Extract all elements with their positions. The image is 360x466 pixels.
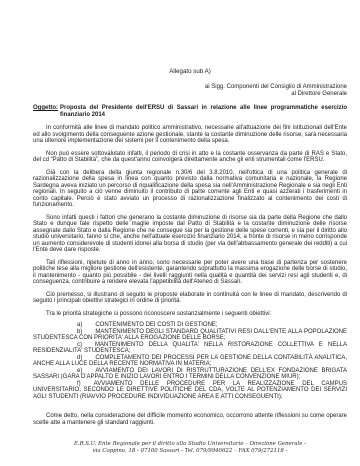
objective-item-d: d)COMPLETAMENTO DEI PROCESSI PER LA GEST… bbox=[33, 355, 347, 368]
recipient-line-director: al Direttore Generale bbox=[33, 91, 347, 98]
objectives-intro: Tra le priorità strategiche si possono r… bbox=[33, 311, 347, 318]
objective-item-b: b)MANTENIMENTO DEGLI STANDARD QUALITATIV… bbox=[33, 329, 347, 342]
objective-item-f: f)AVVIAMENTO DELLE PROCEDURE PER LA REAL… bbox=[33, 381, 347, 401]
objective-marker: e) bbox=[77, 368, 82, 374]
objective-marker: b) bbox=[77, 329, 82, 335]
objective-marker: d) bbox=[77, 355, 82, 361]
paragraph-delibera: Già con la delibera della giunta regiona… bbox=[33, 170, 347, 209]
objective-marker: c) bbox=[77, 342, 82, 348]
paragraph-reflections: Tali riflessioni, ripetute di anno in an… bbox=[33, 260, 347, 286]
paragraph-intro: In conformità alle linee di mandato poli… bbox=[33, 125, 347, 145]
footer-line-1: E.R.S.U. Ente Regionale per il diritto a… bbox=[33, 441, 347, 447]
subject-label: Oggetto: bbox=[33, 105, 58, 112]
objective-item-e: e)AVVIAMENTO DEI LAVORI DI RISTRUTTURAZI… bbox=[33, 368, 347, 381]
footer-address: E.R.S.U. Ente Regionale per il diritto a… bbox=[33, 441, 347, 454]
subject-text: Proposta del Presidente dell'ERSU di Sas… bbox=[60, 105, 347, 118]
objective-marker: a) bbox=[77, 322, 82, 328]
recipients-block: ai Sigg. Componenti del Consiglio di Amm… bbox=[33, 84, 347, 97]
closing-paragraph: Come detto, nella considerazione del dif… bbox=[33, 413, 347, 426]
document-page: Allegato sub A) ai Sigg. Componenti del … bbox=[0, 0, 360, 466]
objective-text: CONTENIMENTO DEI COSTI DI GESTIONE; bbox=[95, 322, 217, 328]
paragraph-factors: Sono infatti questi i fattori che genera… bbox=[33, 215, 347, 254]
paragraph-premise: Ciò premesso, si illustrano di seguito l… bbox=[33, 292, 347, 305]
objectives-list: a)CONTENIMENTO DEI COSTI DI GESTIONE; b)… bbox=[33, 322, 347, 400]
objective-item-c: c)MANTENIMENTO DELLA QUALITA' NELLA RIST… bbox=[33, 342, 347, 355]
paragraph-crisis: Non può essere sottovalutato infatti, il… bbox=[33, 151, 347, 164]
subject-line: Oggetto: Proposta del Presidente dell'ER… bbox=[33, 105, 347, 118]
recipient-line-board: ai Sigg. Componenti del Consiglio di Amm… bbox=[33, 84, 347, 91]
objective-marker: f) bbox=[77, 381, 81, 387]
footer-line-2: via Coppino, 18 - 07100 Sassari - Tel. 0… bbox=[33, 448, 347, 454]
attachment-annotation: Allegato sub A) bbox=[33, 68, 347, 75]
